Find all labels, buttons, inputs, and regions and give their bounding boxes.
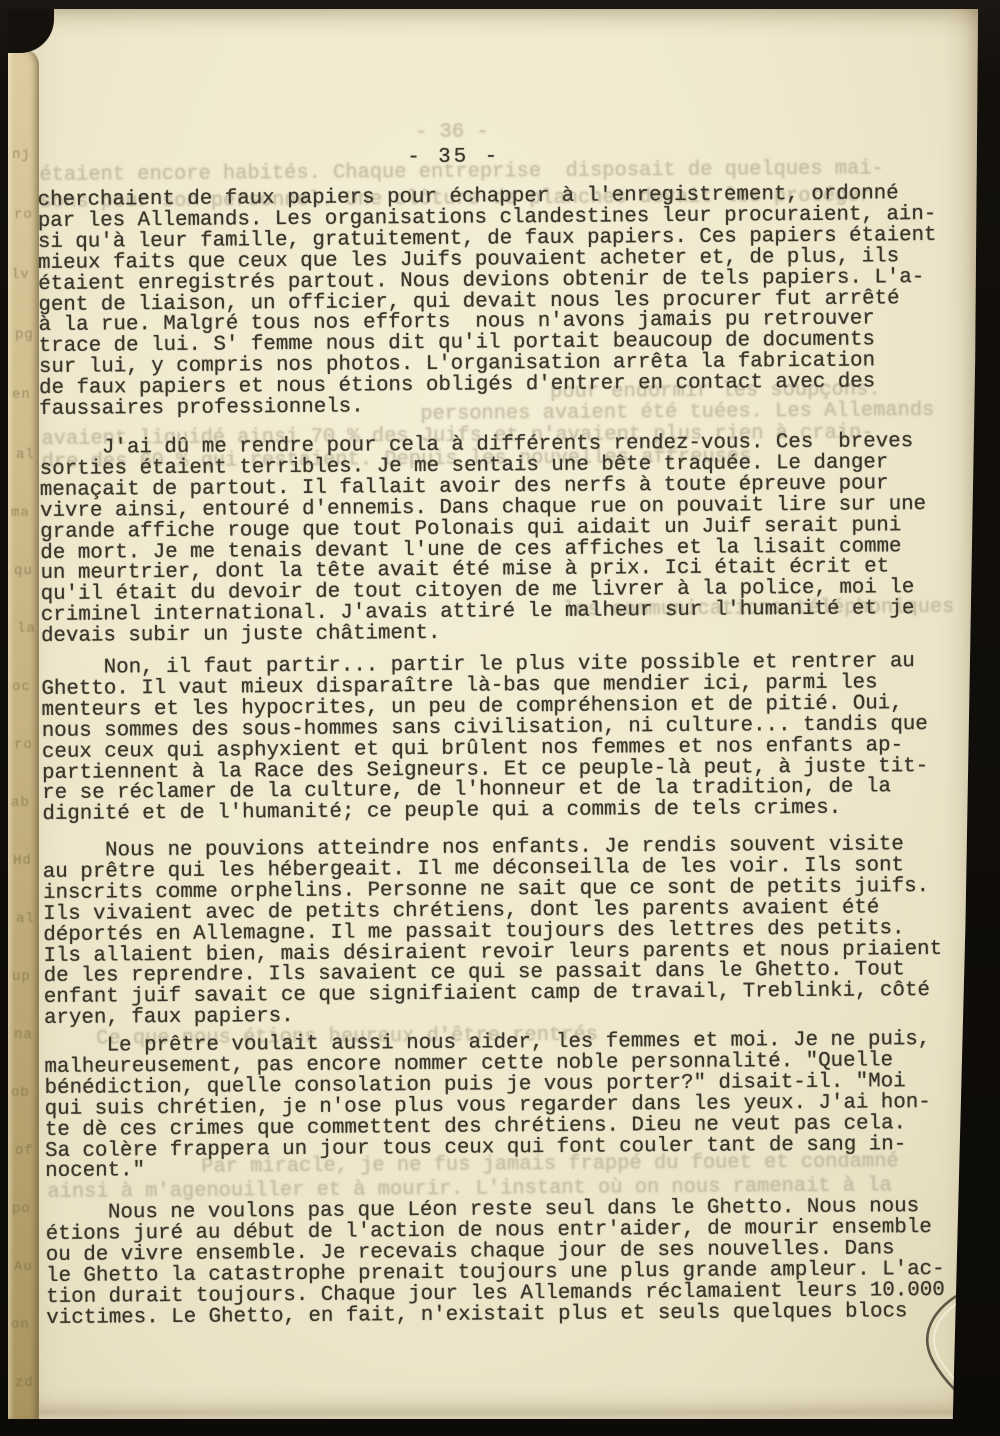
bleedthrough-fragment: - 36 - [415,122,489,143]
typed-paragraph: Non, il faut partir... partir le plus vi… [41,652,968,827]
typed-paragraph: cherchaient de faux papiers pour échappe… [38,184,966,421]
typed-paragraph: J'ai dû me rendre pour cela à différents… [39,432,967,648]
typed-paragraph: Le prêtre voulait aussi nous aider, les … [44,1030,971,1184]
page-number: - 35 - [407,145,500,169]
typed-paragraph: Nous ne voulons pas que Léon reste seul … [45,1197,972,1330]
typed-paragraph: Nous ne pouvions atteindre nos enfants. … [43,835,970,1030]
document-page: njrolvpgenalmaqulaocroabHdalupnaobofpoAu… [8,9,980,1419]
binding-cord-loop [898,1277,984,1417]
typed-content: - 36 -étaient encore habités. Chaque ent… [2,2,985,1420]
scan-background: njrolvpgenalmaqulaocroabHdalupnaobofpoAu… [0,0,1000,1436]
